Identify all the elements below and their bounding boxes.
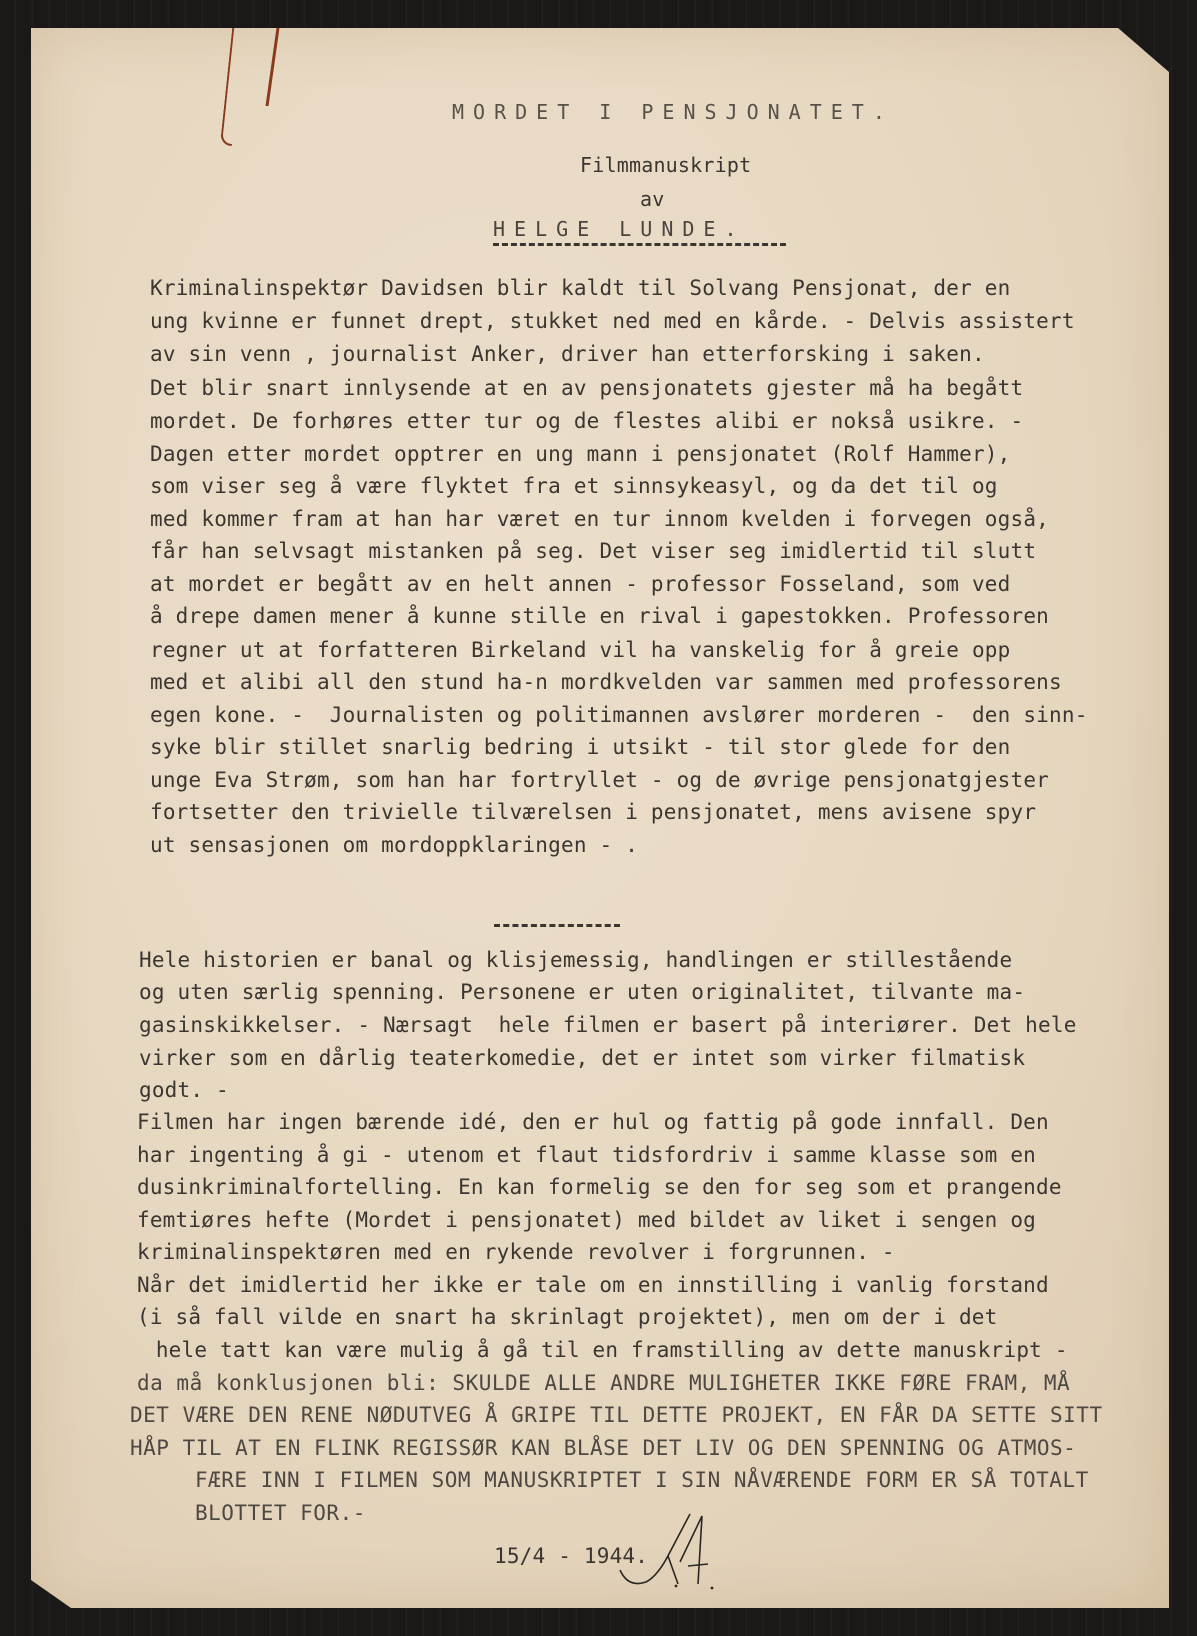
critique-line: Filmen har ingen bærende idé, den er hul… xyxy=(137,1112,1049,1133)
summary-line: av sin venn , journalist Anker, driver h… xyxy=(150,344,985,365)
critique-line: (i så fall vilde en snart ha skrinlagt p… xyxy=(137,1307,998,1328)
critique-line: HÅP TIL AT EN FLINK REGISSØR KAN BLÅSE D… xyxy=(130,1438,1076,1459)
summary-line: Dagen etter mordet opptrer en ung mann i… xyxy=(150,444,1011,465)
summary-line: fortsetter den trivielle tilværelsen i p… xyxy=(150,802,1036,823)
summary-line: som viser seg å være flyktet fra et sinn… xyxy=(150,476,998,497)
summary-line: regner ut at forfatteren Birkeland vil h… xyxy=(150,640,1011,661)
critique-line: har ingenting å gi - utenom et flaut tid… xyxy=(137,1145,1036,1166)
critique-line: Hele historien er banal og klisjemessig,… xyxy=(139,950,1012,971)
summary-line: syke blir stillet snarlig bedring i utsi… xyxy=(150,737,1011,758)
critique-line: Når det imidlertid her ikke er tale om e… xyxy=(137,1275,1049,1296)
document-subtitle: Filmmanuskript xyxy=(580,155,751,175)
critique-line: DET VÆRE DEN RENE NØDUTVEG Å GRIPE TIL D… xyxy=(130,1405,1103,1426)
author-underline xyxy=(493,243,786,246)
summary-line: med et alibi all den stund ha-n mordkvel… xyxy=(150,672,1062,693)
summary-line: med kommer fram at han har været en tur … xyxy=(150,509,1049,530)
critique-line: kriminalinspektøren med en rykende revol… xyxy=(137,1242,895,1263)
critique-line: virker som en dårlig teaterkomedie, det … xyxy=(139,1048,1025,1069)
signature-icon xyxy=(618,1512,768,1602)
summary-line: ut sensasjonen om mordoppklaringen - . xyxy=(150,835,638,856)
section-separator xyxy=(494,924,620,927)
summary-line: at mordet er begått av en helt annen - p… xyxy=(150,574,1011,595)
critique-line: femtiøres hefte (Mordet i pensjonatet) m… xyxy=(137,1210,1036,1231)
critique-line: da må konklusjonen bli: SKULDE ALLE ANDR… xyxy=(137,1373,1070,1394)
critique-line: hele tatt kan være mulig å gå til en fra… xyxy=(143,1340,1068,1361)
summary-line: egen kone. - Journalisten og politimanne… xyxy=(150,705,1088,726)
byline-av: av xyxy=(640,189,664,209)
critique-line: godt. - xyxy=(139,1080,229,1101)
critique-line: gasinskikkelser. - Nærsagt hele filmen e… xyxy=(139,1015,1077,1036)
summary-line: Kriminalinspektør Davidsen blir kaldt ti… xyxy=(150,278,1011,299)
critique-line: BLOTTET FOR.- xyxy=(195,1503,366,1524)
summary-line: ung kvinne er funnet drept, stukket ned … xyxy=(150,311,1075,332)
summary-line: å drepe damen mener å kunne stille en ri… xyxy=(150,606,1049,627)
summary-line: unge Eva Strøm, som han har fortryllet -… xyxy=(150,770,1049,791)
summary-line: mordet. De forhøres etter tur og de fles… xyxy=(150,411,1023,432)
critique-line: dusinkriminalfortelling. En kan formelig… xyxy=(137,1177,1062,1198)
summary-line: Det blir snart innlysende at en av pensj… xyxy=(150,378,1023,399)
document-title: MORDET I PENSJONATET. xyxy=(452,102,894,122)
critique-line: FÆRE INN I FILMEN SOM MANUSKRIPTET I SIN… xyxy=(195,1470,1089,1491)
critique-line: og uten særlig spenning. Personene er ut… xyxy=(139,982,1025,1003)
summary-line: får han selvsagt mistanken på seg. Det v… xyxy=(150,541,1036,562)
document-author: HELGE LUNDE. xyxy=(493,219,746,239)
